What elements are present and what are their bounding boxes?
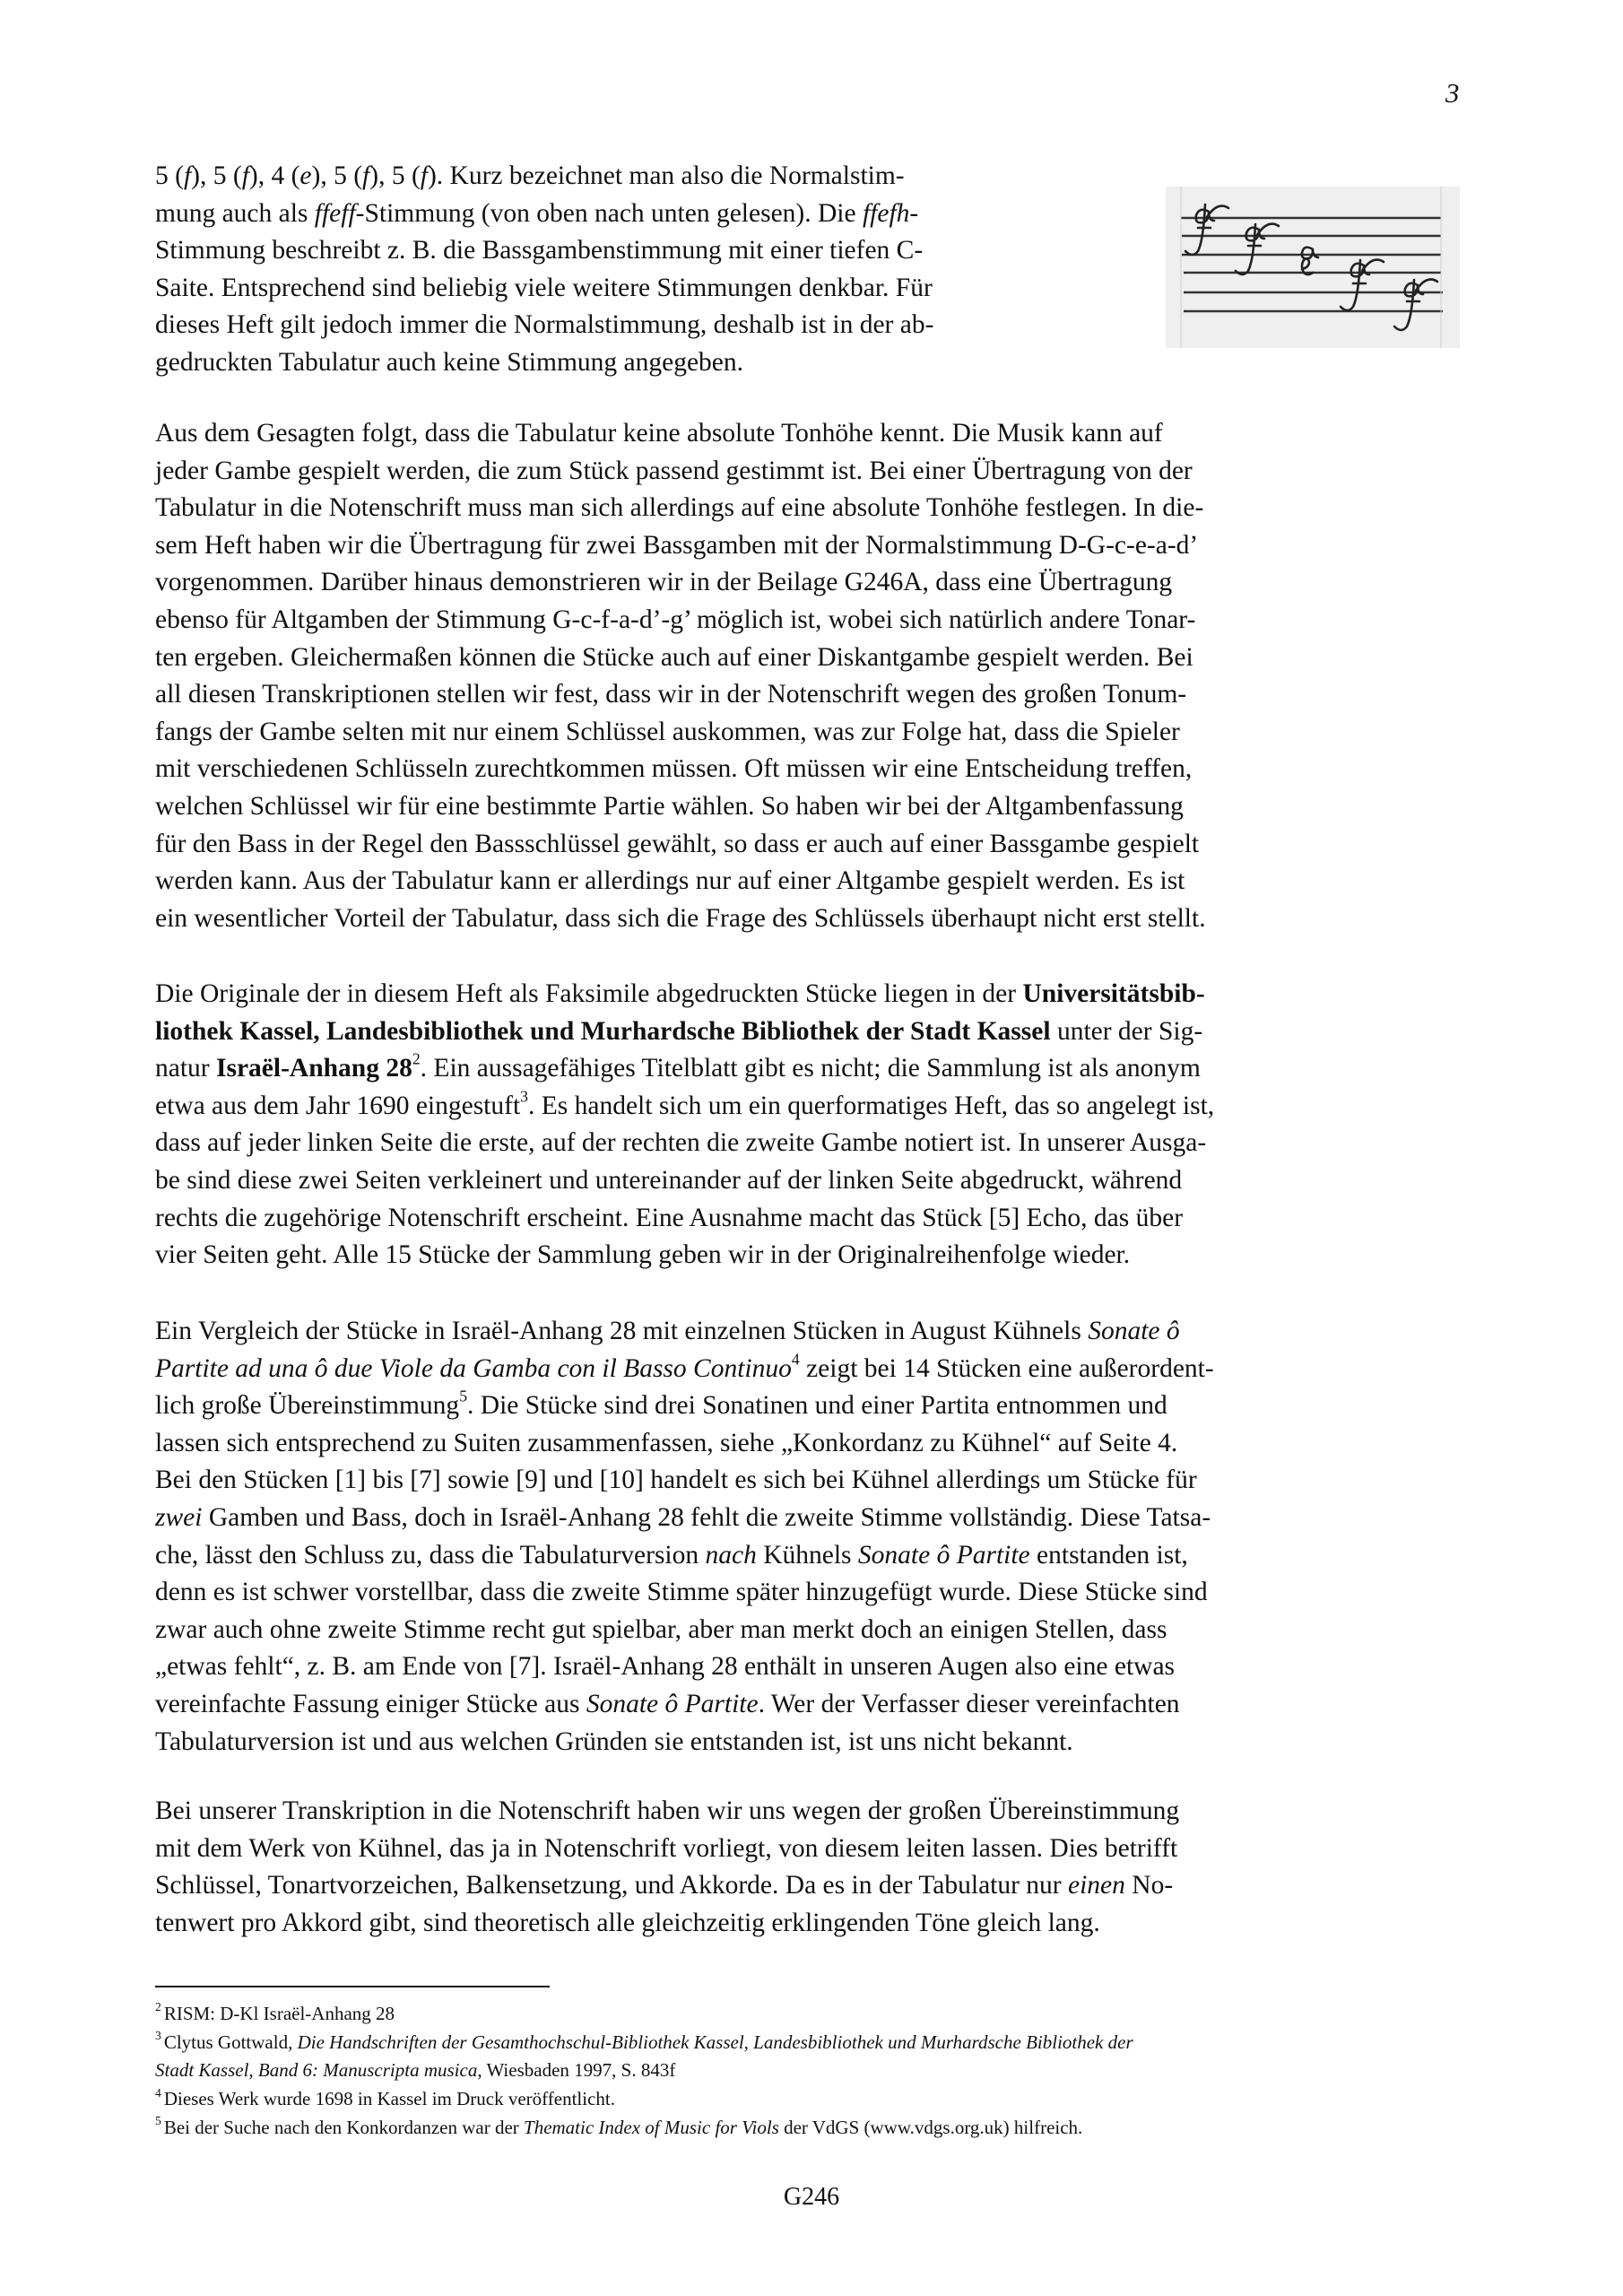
text-line: zwar auch ohne zweite Stimme recht gut s… (155, 1612, 1464, 1649)
text-line: Bei unserer Transkription in die Notensc… (155, 1793, 1464, 1831)
bold-text: Israël-Anhang 28 (216, 1054, 412, 1083)
footnote-ref[interactable]: 4 (792, 1350, 800, 1368)
footnote-number: 3 (155, 2029, 161, 2042)
paragraph-comparison-kuehnel: Ein Vergleich der Stücke in Israël-Anhan… (155, 1313, 1464, 1761)
text-line: Saite. Entsprechend sind beliebig viele … (155, 270, 1141, 308)
text-line: rechts die zugehörige Notenschrift ersch… (155, 1200, 1464, 1238)
text-line: Partite ad una ô due Viole da Gamba con … (155, 1351, 1464, 1388)
text: che, lässt den Schluss zu, dass die Tabu… (155, 1541, 706, 1570)
text-line: lassen sich entsprechend zu Suiten zusam… (155, 1425, 1464, 1463)
footnote-3-cont: Stadt Kassel, Band 6: Manuscripta musica… (155, 2057, 1482, 2085)
text-line: vorgenommen. Darüber hinaus demonstriere… (155, 564, 1464, 602)
tuning-diagram-figure (1166, 187, 1460, 348)
text: vereinfachte Fassung einiger Stücke aus (155, 1690, 586, 1718)
text-line: ten ergeben. Gleichermaßen können die St… (155, 639, 1464, 677)
italic-text: Sonate ô Partite (858, 1541, 1030, 1570)
text: Schlüssel, Tonartvorzeichen, Balkensetzu… (155, 1871, 1068, 1900)
text-line: che, lässt den Schluss zu, dass die Tabu… (155, 1537, 1464, 1575)
italic-text: Sonate ô Partite (586, 1690, 759, 1718)
text-line: jeder Gambe gespielt werden, die zum Stü… (155, 453, 1464, 491)
footnote-ref[interactable]: 3 (520, 1088, 528, 1106)
bold-text: Universitätsbib- (1022, 979, 1204, 1008)
document-code-footer: G246 (0, 2183, 1623, 2212)
italic-text: ffefh (863, 199, 909, 228)
text: Bei der Suche nach den Konkordanzen war … (164, 2117, 524, 2138)
italic-text: Die Handschriften der Gesamthochschul-Bi… (298, 2031, 1133, 2053)
text: No- (1125, 1871, 1173, 1900)
italic-text: e (299, 161, 311, 190)
text: der VdGS (www.vdgs.org.uk) hilfreich. (779, 2117, 1082, 2138)
text: mung auch als (155, 199, 315, 228)
bold-text: liothek Kassel, Landesbibliothek und Mur… (155, 1017, 1051, 1046)
italic-text: f (184, 161, 191, 190)
italic-text: zwei (155, 1503, 202, 1532)
text: . Die Stücke sind drei Sonatinen und ein… (467, 1391, 1167, 1420)
text-line: all diesen Transkriptionen stellen wir f… (155, 676, 1464, 714)
text-line: zwei Gamben und Bass, doch in Israël-Anh… (155, 1500, 1464, 1537)
paragraph-absolute-pitch: Aus dem Gesagten folgt, dass die Tabulat… (155, 415, 1464, 937)
text-line: für den Bass in der Regel den Bassschlüs… (155, 826, 1464, 864)
text: Clytus Gottwald, (164, 2031, 298, 2053)
text-line: mit verschiedenen Schlüsseln zurechtkomm… (155, 751, 1464, 788)
italic-text: einen (1068, 1871, 1125, 1900)
text: Gamben und Bass, doch in Israël-Anhang 2… (202, 1503, 1211, 1532)
text-line: lich große Übereinstimmung5. Die Stücke … (155, 1387, 1464, 1425)
footnote-5: 5Bei der Suche nach den Konkordanzen war… (155, 2114, 1482, 2143)
text: . Wer der Verfasser dieser vereinfachten (759, 1690, 1180, 1718)
italic-text: Stadt Kassel, Band 6: Manuscripta musica (155, 2059, 477, 2081)
text: natur (155, 1054, 216, 1083)
text: ). Kurz bezeichnet man also die Normalst… (428, 161, 905, 190)
text: . Es handelt sich um ein querformatiges … (528, 1091, 1214, 1120)
text-line: tenwert pro Akkord gibt, sind theoretisc… (155, 1905, 1464, 1943)
text-line: denn es ist schwer vorstellbar, dass die… (155, 1574, 1464, 1612)
text-line: ein wesentlicher Vorteil der Tabulatur, … (155, 900, 1464, 938)
footnote-3: 3Clytus Gottwald, Die Handschriften der … (155, 2029, 1482, 2057)
footnote-ref[interactable]: 2 (412, 1050, 421, 1068)
text: 5 ( (155, 161, 184, 190)
footnote-ref[interactable]: 5 (459, 1387, 467, 1405)
text-line: Ein Vergleich der Stücke in Israël-Anhan… (155, 1313, 1464, 1351)
text: entstanden ist, (1030, 1541, 1188, 1570)
footnote-number: 5 (155, 2114, 161, 2127)
text-line: Die Originale der in diesem Heft als Fak… (155, 976, 1464, 1013)
text-line: gedruckten Tabulatur auch keine Stimmung… (155, 344, 1141, 382)
text-line: vier Seiten geht. Alle 15 Stücke der Sam… (155, 1237, 1464, 1274)
text-line: ebenso für Altgamben der Stimmung G-c-f-… (155, 602, 1464, 639)
text: Ein Vergleich der Stücke in Israël-Anhan… (155, 1317, 1088, 1345)
text: ), 5 ( (369, 161, 421, 190)
text-line: 5 (f), 5 (f), 4 (e), 5 (f), 5 (f). Kurz … (155, 158, 1141, 196)
text: RISM: D-Kl Israël-Anhang 28 (164, 2003, 395, 2024)
text: lich große Übereinstimmung (155, 1391, 459, 1420)
text-line: „etwas fehlt“, z. B. am Ende von [7]. Is… (155, 1648, 1464, 1686)
text-line: liothek Kassel, Landesbibliothek und Mur… (155, 1013, 1464, 1051)
text-line: Bei den Stücken [1] bis [7] sowie [9] un… (155, 1462, 1464, 1500)
text-line: vereinfachte Fassung einiger Stücke aus … (155, 1686, 1464, 1724)
text-line: mung auch als ffeff-Stimmung (von oben n… (155, 196, 1141, 233)
text-line: welchen Schlüssel wir für eine bestimmte… (155, 788, 1464, 826)
paragraph-tuning-intro: 5 (f), 5 (f), 4 (e), 5 (f), 5 (f). Kurz … (155, 158, 1141, 382)
text-line: werden kann. Aus der Tabulatur kann er a… (155, 863, 1464, 900)
text-line: sem Heft haben wir die Übertragung für z… (155, 527, 1464, 565)
text-line: Aus dem Gesagten folgt, dass die Tabulat… (155, 415, 1464, 453)
italic-text: Partite ad una ô due Viole da Gamba con … (155, 1354, 792, 1383)
footnotes: 2RISM: D-Kl Israël-Anhang 28 3Clytus Got… (155, 2000, 1482, 2143)
text: - (909, 199, 918, 228)
text-line: Schlüssel, Tonartvorzeichen, Balkensetzu… (155, 1867, 1464, 1905)
footnote-2: 2RISM: D-Kl Israël-Anhang 28 (155, 2000, 1482, 2029)
paragraph-transcription: Bei unserer Transkription in die Notensc… (155, 1793, 1464, 1942)
text: ), 5 ( (191, 161, 242, 190)
italic-text: f (421, 161, 428, 190)
text-line: mit dem Werk von Kühnel, das ja in Noten… (155, 1831, 1464, 1868)
italic-text: Sonate ô (1088, 1317, 1179, 1345)
italic-text: f (242, 161, 249, 190)
text-line: natur Israël-Anhang 282. Ein aussagefähi… (155, 1050, 1464, 1088)
tablature-staff-icon (1166, 187, 1460, 348)
text: -Stimmung (von oben nach unten gelesen).… (356, 199, 863, 228)
footnote-number: 4 (155, 2086, 161, 2100)
text: Kühnels (757, 1541, 858, 1570)
footnote-number: 2 (155, 2000, 161, 2013)
text: ), 5 ( (312, 161, 363, 190)
footnote-divider (155, 1986, 550, 1987)
text: . Ein aussagefähiges Titelblatt gibt es … (421, 1054, 1201, 1083)
text-line: be sind diese zwei Seiten verkleinert un… (155, 1162, 1464, 1200)
text: zeigt bei 14 Stücken eine außerordent- (800, 1354, 1214, 1383)
text-line: Tabulatur in die Notenschrift muss man s… (155, 490, 1464, 527)
text-line: Tabulaturversion ist und aus welchen Grü… (155, 1724, 1464, 1761)
text: Dieses Werk wurde 1698 in Kassel im Druc… (164, 2088, 615, 2109)
text: , Wiesbaden 1997, S. 843f (477, 2059, 675, 2081)
text-line: etwa aus dem Jahr 1690 eingestuft3. Es h… (155, 1088, 1464, 1126)
text-line: dass auf jeder linken Seite die erste, a… (155, 1125, 1464, 1162)
text: unter der Sig- (1051, 1017, 1203, 1046)
page-number: 3 (1445, 77, 1460, 109)
italic-text: Thematic Index of Music for Viols (524, 2117, 779, 2138)
paragraph-originals: Die Originale der in diesem Heft als Fak… (155, 976, 1464, 1274)
text-line: Stimmung beschreibt z. B. die Bassgamben… (155, 232, 1141, 270)
text-line: dieses Heft gilt jedoch immer die Normal… (155, 307, 1141, 344)
footnote-4: 4Dieses Werk wurde 1698 in Kassel im Dru… (155, 2085, 1482, 2114)
text-line: fangs der Gambe selten mit nur einem Sch… (155, 714, 1464, 752)
text: Die Originale der in diesem Heft als Fak… (155, 979, 1022, 1008)
italic-text: nach (706, 1541, 757, 1570)
text: ), 4 ( (249, 161, 300, 190)
text: etwa aus dem Jahr 1690 eingestuft (155, 1091, 520, 1120)
italic-text: ffeff (315, 199, 356, 228)
